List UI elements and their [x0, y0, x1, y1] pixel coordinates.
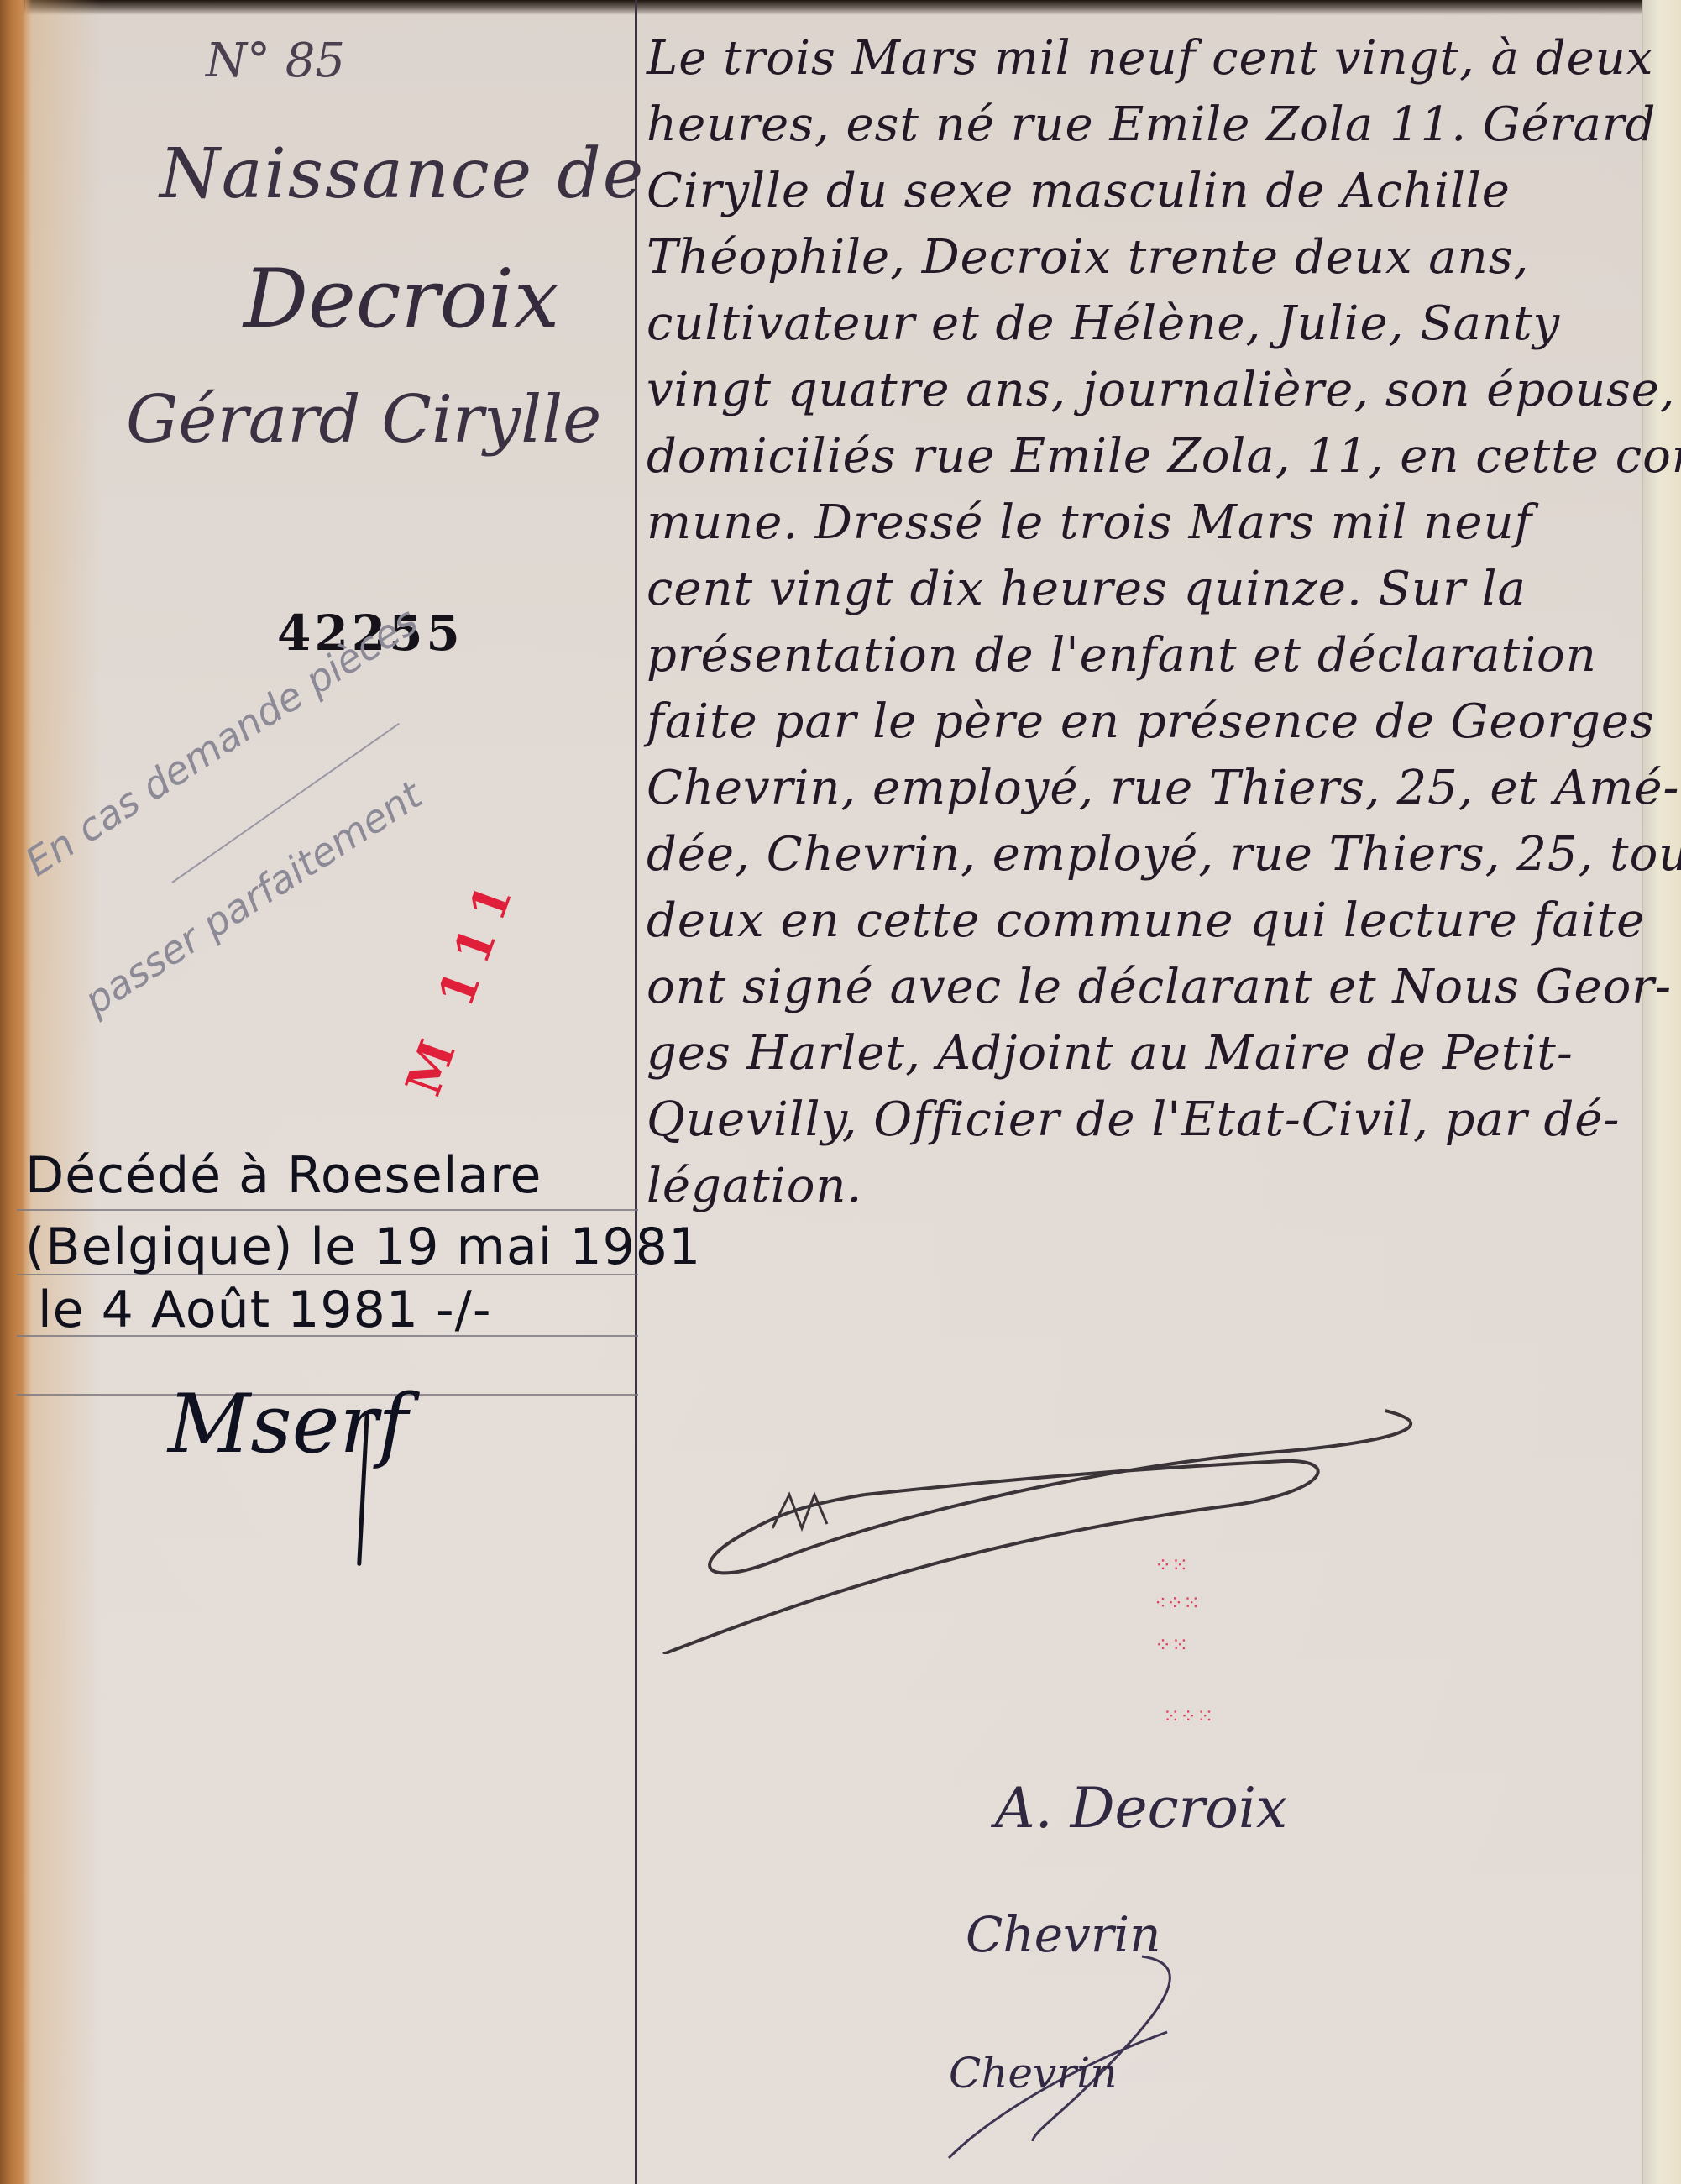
right-page-edge: [1642, 0, 1681, 2184]
body-line: heures, est né rue Emile Zola 11. Gérard: [647, 92, 1633, 158]
left-page-stain: [25, 0, 101, 2184]
body-line: cent vingt dix heures quinze. Sur la: [647, 556, 1633, 622]
witness-2-signature: Chevrin: [949, 2049, 1117, 2098]
top-shadow: [0, 0, 1681, 15]
death-annotation-line-3: le 4 Août 1981 -/-: [38, 1281, 492, 1339]
body-line: dée, Chevrin, employé, rue Thiers, 25, t…: [647, 821, 1633, 888]
witness-signature-flourish: [924, 1889, 1259, 2166]
body-line: cultivateur et de Hélène, Julie, Santy: [647, 291, 1633, 357]
annotation-signature: Mserf: [168, 1377, 408, 1471]
ruled-line: [17, 1209, 638, 1211]
body-line: Quevilly, Officier de l'Etat-Civil, par …: [647, 1087, 1633, 1153]
register-page: N° 85 Naissance de Decroix Gérard Ciryll…: [0, 0, 1681, 2184]
body-line: Cirylle du sexe masculin de Achille: [647, 158, 1633, 224]
death-annotation-line-1: Décédé à Roeselare: [25, 1146, 542, 1205]
body-line: mune. Dressé le trois Mars mil neuf: [647, 490, 1633, 556]
body-line: domiciliés rue Emile Zola, 11, en cette …: [647, 423, 1633, 490]
body-line: ont signé avec le déclarant et Nous Geor…: [647, 954, 1633, 1020]
body-line: deux en cette commune qui lecture faite: [647, 888, 1633, 954]
red-stamp: M 111: [395, 866, 527, 1102]
margin-column-divider: [635, 0, 637, 2184]
record-surname: Decroix: [244, 252, 559, 346]
entry-number: N° 85: [206, 34, 345, 88]
declarant-signature: A. Decroix: [995, 1776, 1287, 1841]
body-line: Théophile, Decroix trente deux ans,: [647, 224, 1633, 291]
body-line: présentation de l'enfant et déclaration: [647, 622, 1633, 689]
body-line: faite par le père en présence de Georges: [647, 689, 1633, 755]
faint-red-stamp-mark: ⁙⁘⁙: [1163, 1705, 1213, 1728]
faint-red-stamp-mark: ⁘⁙: [1155, 1553, 1188, 1577]
faint-red-stamp-mark: ⁖⁘⁙: [1155, 1591, 1200, 1615]
body-line: Le trois Mars mil neuf cent vingt, à deu…: [647, 25, 1633, 92]
faint-red-stamp-mark: ⁘⁙: [1155, 1633, 1188, 1657]
body-line: légation.: [647, 1153, 1633, 1219]
record-given-names: Gérard Cirylle: [126, 382, 601, 458]
death-annotation-line-2: (Belgique) le 19 mai 1981: [25, 1218, 701, 1276]
body-line: Chevrin, employé, rue Thiers, 25, et Amé…: [647, 755, 1633, 821]
record-title-line-1: Naissance de: [160, 134, 645, 214]
officer-flourish-signature: [647, 1369, 1469, 1654]
body-line: vingt quatre ans, journalière, son épous…: [647, 357, 1633, 423]
body-line: ges Harlet, Adjoint au Maire de Petit-: [647, 1020, 1633, 1087]
record-body: Le trois Mars mil neuf cent vingt, à deu…: [647, 25, 1633, 1219]
